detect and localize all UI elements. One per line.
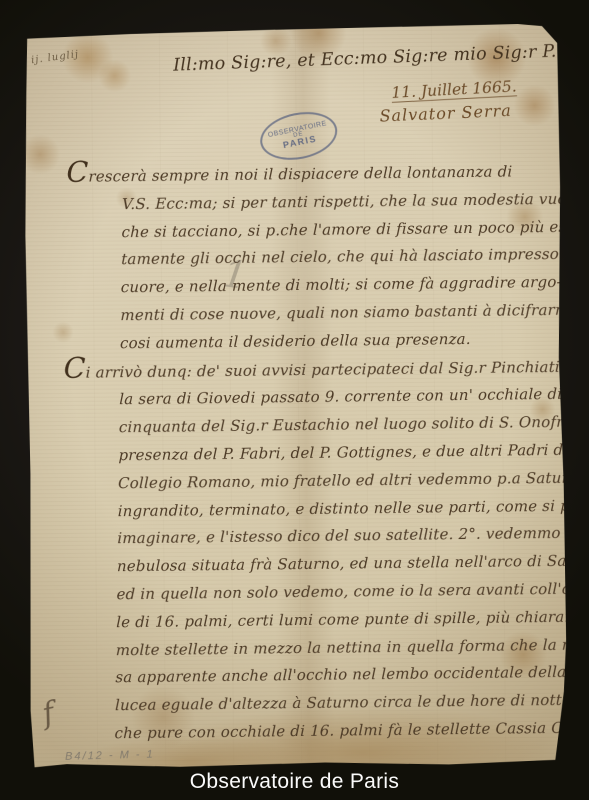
stamp-line-3: PARIS (282, 133, 318, 150)
corner-note: ij. luglij (31, 49, 80, 66)
shelfmark-pencil: B4/12 - M - 1 (65, 748, 155, 762)
caption-observatoire: Observatoire de Paris (0, 770, 589, 794)
observatoire-de-paris-stamp: OBSERVATOIRE DE PARIS (256, 106, 342, 167)
margin-flourish-mark: f (39, 695, 57, 732)
date-annotation: 11. Juillet 1665. (391, 77, 517, 102)
manuscript-line: che pure con occhiale di 16. palmi fà le… (58, 715, 550, 749)
letter-body: Crescerà sempre in noi il dispiacere del… (58, 157, 558, 749)
name-annotation: Salvator Serra (379, 101, 512, 126)
manuscript-page: ij. luglij Ill:mo Sig:re, et Ecc:mo Sig:… (23, 24, 567, 771)
salutation-line: Ill:mo Sig:re, et Ecc:mo Sig:re mio Sig:… (173, 44, 504, 76)
